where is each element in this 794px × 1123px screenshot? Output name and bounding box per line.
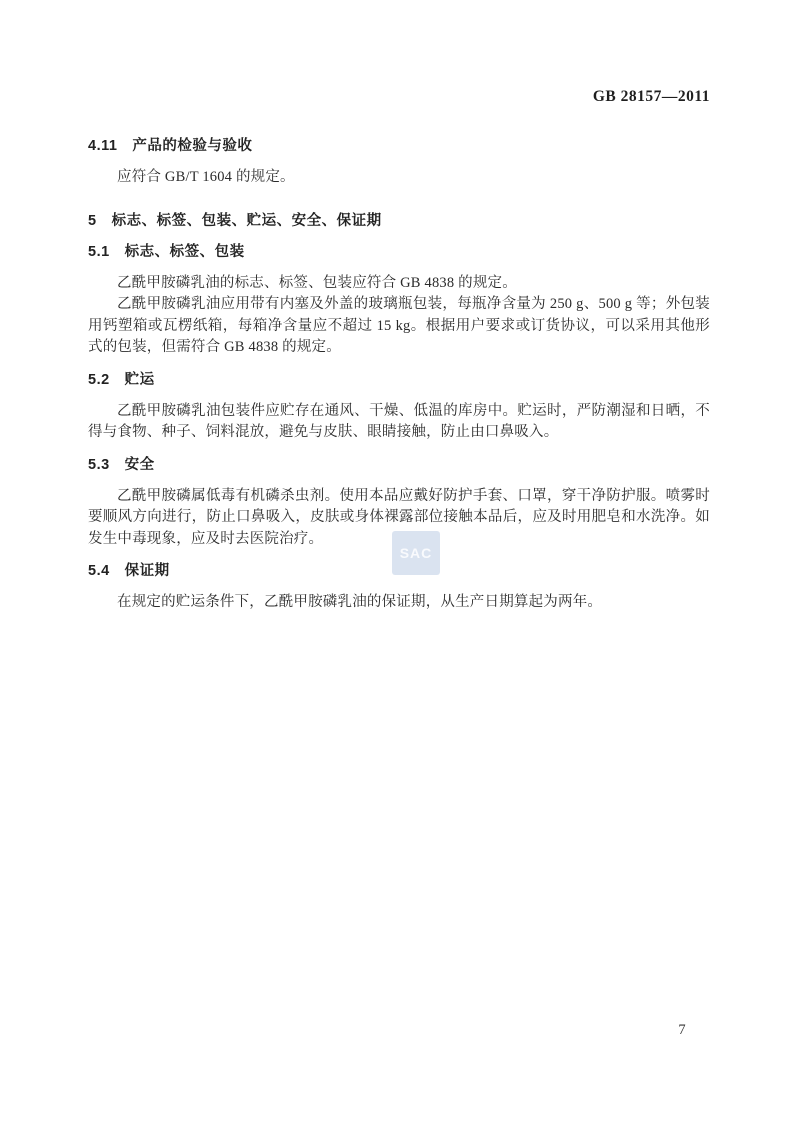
section-number: 5.1 (88, 242, 110, 262)
standard-code-header: GB 28157—2011 (88, 88, 710, 106)
section-title: 安全 (125, 455, 155, 475)
sections-container: 4.11产品的检验与验收应符合 GB/T 1604 的规定。5标志、标签、包装、… (88, 136, 710, 614)
paragraph: 应符合 GB/T 1604 的规定。 (88, 167, 710, 189)
section-heading-5.2: 5.2贮运 (88, 370, 710, 390)
section-title: 标志、标签、包装、贮运、安全、保证期 (112, 211, 382, 231)
paragraph: 乙酰甲胺磷乳油的标志、标签、包装应符合 GB 4838 的规定。 (88, 273, 710, 295)
section-title: 产品的检验与验收 (132, 136, 252, 156)
section-number: 5.3 (88, 455, 110, 475)
paragraph: 乙酰甲胺磷乳油包装件应贮存在通风、干燥、低温的库房中。贮运时，严防潮湿和日晒，不… (88, 401, 710, 444)
section-title: 标志、标签、包装 (125, 242, 245, 262)
section-heading-5.1: 5.1标志、标签、包装 (88, 242, 710, 262)
section-number: 5.4 (88, 561, 110, 581)
page-number: 7 (670, 1022, 694, 1039)
section-heading-5.3: 5.3安全 (88, 455, 710, 475)
document-page: SAC GB 28157—2011 4.11产品的检验与验收应符合 GB/T 1… (0, 0, 794, 1123)
page-content: GB 28157—2011 4.11产品的检验与验收应符合 GB/T 1604 … (88, 88, 710, 614)
section-number: 5.2 (88, 370, 110, 390)
section-heading-4.11: 4.11产品的检验与验收 (88, 136, 710, 156)
section-number: 5 (88, 211, 97, 231)
section-heading-5.4: 5.4保证期 (88, 561, 710, 581)
paragraph: 在规定的贮运条件下，乙酰甲胺磷乳油的保证期，从生产日期算起为两年。 (88, 592, 710, 614)
paragraph: 乙酰甲胺磷属低毒有机磷杀虫剂。使用本品应戴好防护手套、口罩，穿干净防护服。喷雾时… (88, 486, 710, 551)
paragraph: 乙酰甲胺磷乳油应用带有内塞及外盖的玻璃瓶包装，每瓶净含量为 250 g、500 … (88, 294, 710, 359)
section-number: 4.11 (88, 136, 117, 156)
section-heading-5: 5标志、标签、包装、贮运、安全、保证期 (88, 211, 710, 231)
section-title: 保证期 (125, 561, 170, 581)
section-title: 贮运 (125, 370, 155, 390)
